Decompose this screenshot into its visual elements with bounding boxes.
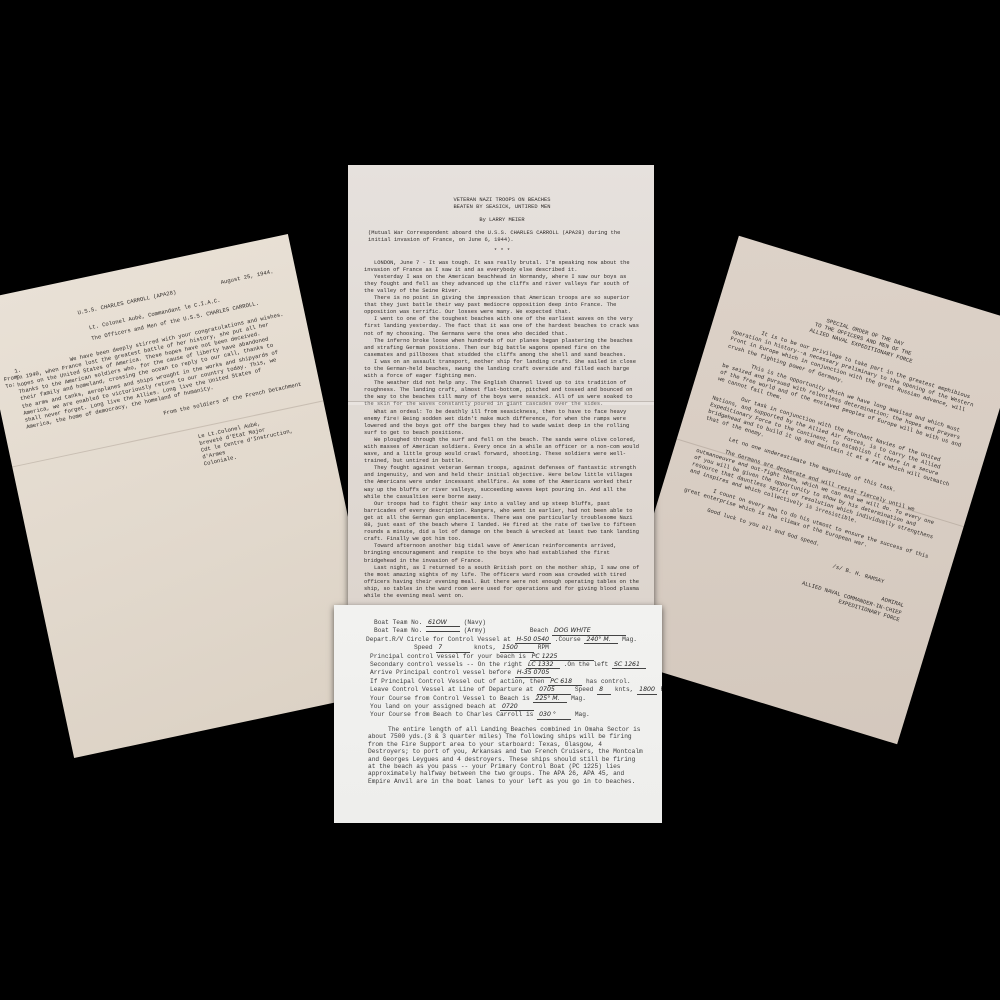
boat-team-army-row: Boat Team No. (Army) Beach DOG WHITE xyxy=(374,627,652,635)
article-paragraph: Our troops had to fight their way into a… xyxy=(364,501,640,544)
course-to-beach-row: Your Course from Control Vessel to Beach… xyxy=(370,695,652,703)
leave-row: Leave Control Vessel at Line of Departur… xyxy=(370,686,652,694)
backup-control-row: If Principal Control Vessel out of actio… xyxy=(370,678,652,686)
field-label: You land on your assigned beach at xyxy=(370,703,496,710)
boat-team-orders-card: Boat Team No. 61OW (Navy) Boat Team No. … xyxy=(334,605,662,823)
leave-speed-value: 8 xyxy=(597,686,611,694)
return-course-row: Your Course from Beach to Charles Carrol… xyxy=(370,711,652,719)
leave-rpm-value: 1800 xyxy=(637,686,657,694)
field-label: Principal control vessel for your beach … xyxy=(370,653,526,660)
card-notes: The entire length of all Landing Beaches… xyxy=(368,726,646,785)
sc-note: SC xyxy=(614,661,622,668)
principal-vessel-value: PC 1225 xyxy=(530,653,594,661)
field-label: .Course xyxy=(555,636,581,643)
arrive-row: Arrive Principal control vessel before H… xyxy=(370,669,652,677)
field-label: Leave Control Vessel at Line of Departur… xyxy=(370,686,533,693)
boat-team-army-value xyxy=(426,631,460,632)
news-article-sheet: VETERAN NAZI TROOPS ON BEACHES BEATEN BY… xyxy=(348,165,654,605)
article-paragraph: What an ordeal: To be deathly ill from s… xyxy=(364,409,640,437)
field-label: Boat Team No. xyxy=(374,627,422,634)
article-paragraph: Toward afternoon another big tidal wave … xyxy=(364,543,640,564)
sc-number: 1261 xyxy=(624,661,640,668)
secondary-left-value: SC 1261 xyxy=(612,661,646,669)
rpm-value: 1500 xyxy=(500,644,534,652)
field-label: (Army) xyxy=(464,627,486,634)
leave-time-value: 0705 xyxy=(537,686,571,694)
field-label: Mag. xyxy=(571,695,586,702)
depart-row: Depart.R/V Circle for Control Vessel at … xyxy=(366,636,652,644)
boat-team-navy-row: Boat Team No. 61OW (Navy) xyxy=(374,619,652,627)
secondary-right-value: LC 1332 xyxy=(526,661,560,669)
speed-row: Speed 7 knots, 1500 RPM xyxy=(374,644,652,652)
field-label: (Navy) xyxy=(464,619,486,626)
field-label: Mag. xyxy=(575,711,590,718)
backup-control-value: PC 618 xyxy=(548,678,582,686)
field-label: knts, xyxy=(615,686,634,693)
beach-value: DOG WHITE xyxy=(552,627,626,635)
field-label: Secondary control vessels -- On the righ… xyxy=(370,661,522,668)
article-paragraph: They fought against veteran German troop… xyxy=(364,465,640,500)
field-label: .On the left xyxy=(564,661,609,668)
fold-crease xyxy=(348,401,654,405)
h-hour-note: H-50 xyxy=(517,636,532,643)
field-label: If Principal Control Vessel out of actio… xyxy=(370,678,545,685)
principal-vessel-row: Principal control vessel for your beach … xyxy=(370,653,652,661)
field-label: Speed xyxy=(414,644,433,651)
field-label: RPM. xyxy=(661,686,662,693)
french-detachment-letter: U.S.S. CHARLES CARROLL (APA28) August 25… xyxy=(0,234,385,758)
article-paragraph: LONDON, June 7 - It was tough. It was re… xyxy=(364,260,640,274)
field-label: Arrive Principal control vessel before xyxy=(370,669,511,676)
field-label: Mag. xyxy=(622,636,637,643)
field-label: Your Course from Beach to Charles Carrol… xyxy=(370,711,533,718)
depart-time-value: H-50 0540 xyxy=(515,636,551,644)
headline-line: VETERAN NAZI TROOPS ON BEACHES xyxy=(364,197,640,204)
course-value: 240° M. xyxy=(584,636,618,644)
article-paragraph: The inferno broke loose when hundreds of… xyxy=(364,338,640,359)
depart-time: 0540 xyxy=(533,636,549,643)
boat-team-navy-value: 61OW xyxy=(426,619,460,627)
headline-line: BEATEN BY SEASICK, UNTIRED MEN xyxy=(364,204,640,211)
article-paragraph: Last night, as I returned to a south Bri… xyxy=(364,565,640,600)
field-label: has control. xyxy=(586,678,631,685)
field-label: Your Course from Control Vessel to Beach… xyxy=(370,695,530,702)
article-headline: VETERAN NAZI TROOPS ON BEACHES BEATEN BY… xyxy=(364,197,640,211)
return-course-value: 030 ° xyxy=(537,711,571,719)
article-byline: By LARRY MEIER xyxy=(364,217,640,224)
article-paragraph: I was on an assault transport, mother sh… xyxy=(364,359,640,380)
arrive-value: H-35 0705 xyxy=(515,669,551,677)
field-label: Speed xyxy=(575,686,594,693)
secondary-vessels-row: Secondary control vessels -- On the righ… xyxy=(370,661,652,669)
separator: * * * xyxy=(364,248,640,255)
speed-value: 7 xyxy=(436,644,470,652)
field-label: knots, xyxy=(474,644,496,651)
article-paragraph: We ploughed through the surf and fell on… xyxy=(364,437,640,465)
course-to-beach-value: 225° M. xyxy=(533,695,567,703)
field-label: RPM xyxy=(538,644,549,651)
letter-date: August 25, 1944. xyxy=(220,268,274,286)
article-paragraph: I went to one of the toughest beaches wi… xyxy=(364,316,640,337)
special-order-of-the-day: SPECIAL ORDER OF THE DAY TO THE OFFICERS… xyxy=(610,236,1000,744)
article-paragraph: Yesterday I was on the American beachhea… xyxy=(364,274,640,295)
field-label: Boat Team No. xyxy=(374,619,422,626)
article-paragraph: There is no point in giving the impressi… xyxy=(364,295,640,316)
letter-signature: Le Lt.Colonel Aubé, breveté d'Etat Major… xyxy=(35,409,318,503)
field-label: Beach xyxy=(530,627,549,634)
field-label: Depart.R/V Circle for Control Vessel at xyxy=(366,636,511,643)
article-intro: (Mutual War Correspondent aboard the U.S… xyxy=(364,230,640,244)
